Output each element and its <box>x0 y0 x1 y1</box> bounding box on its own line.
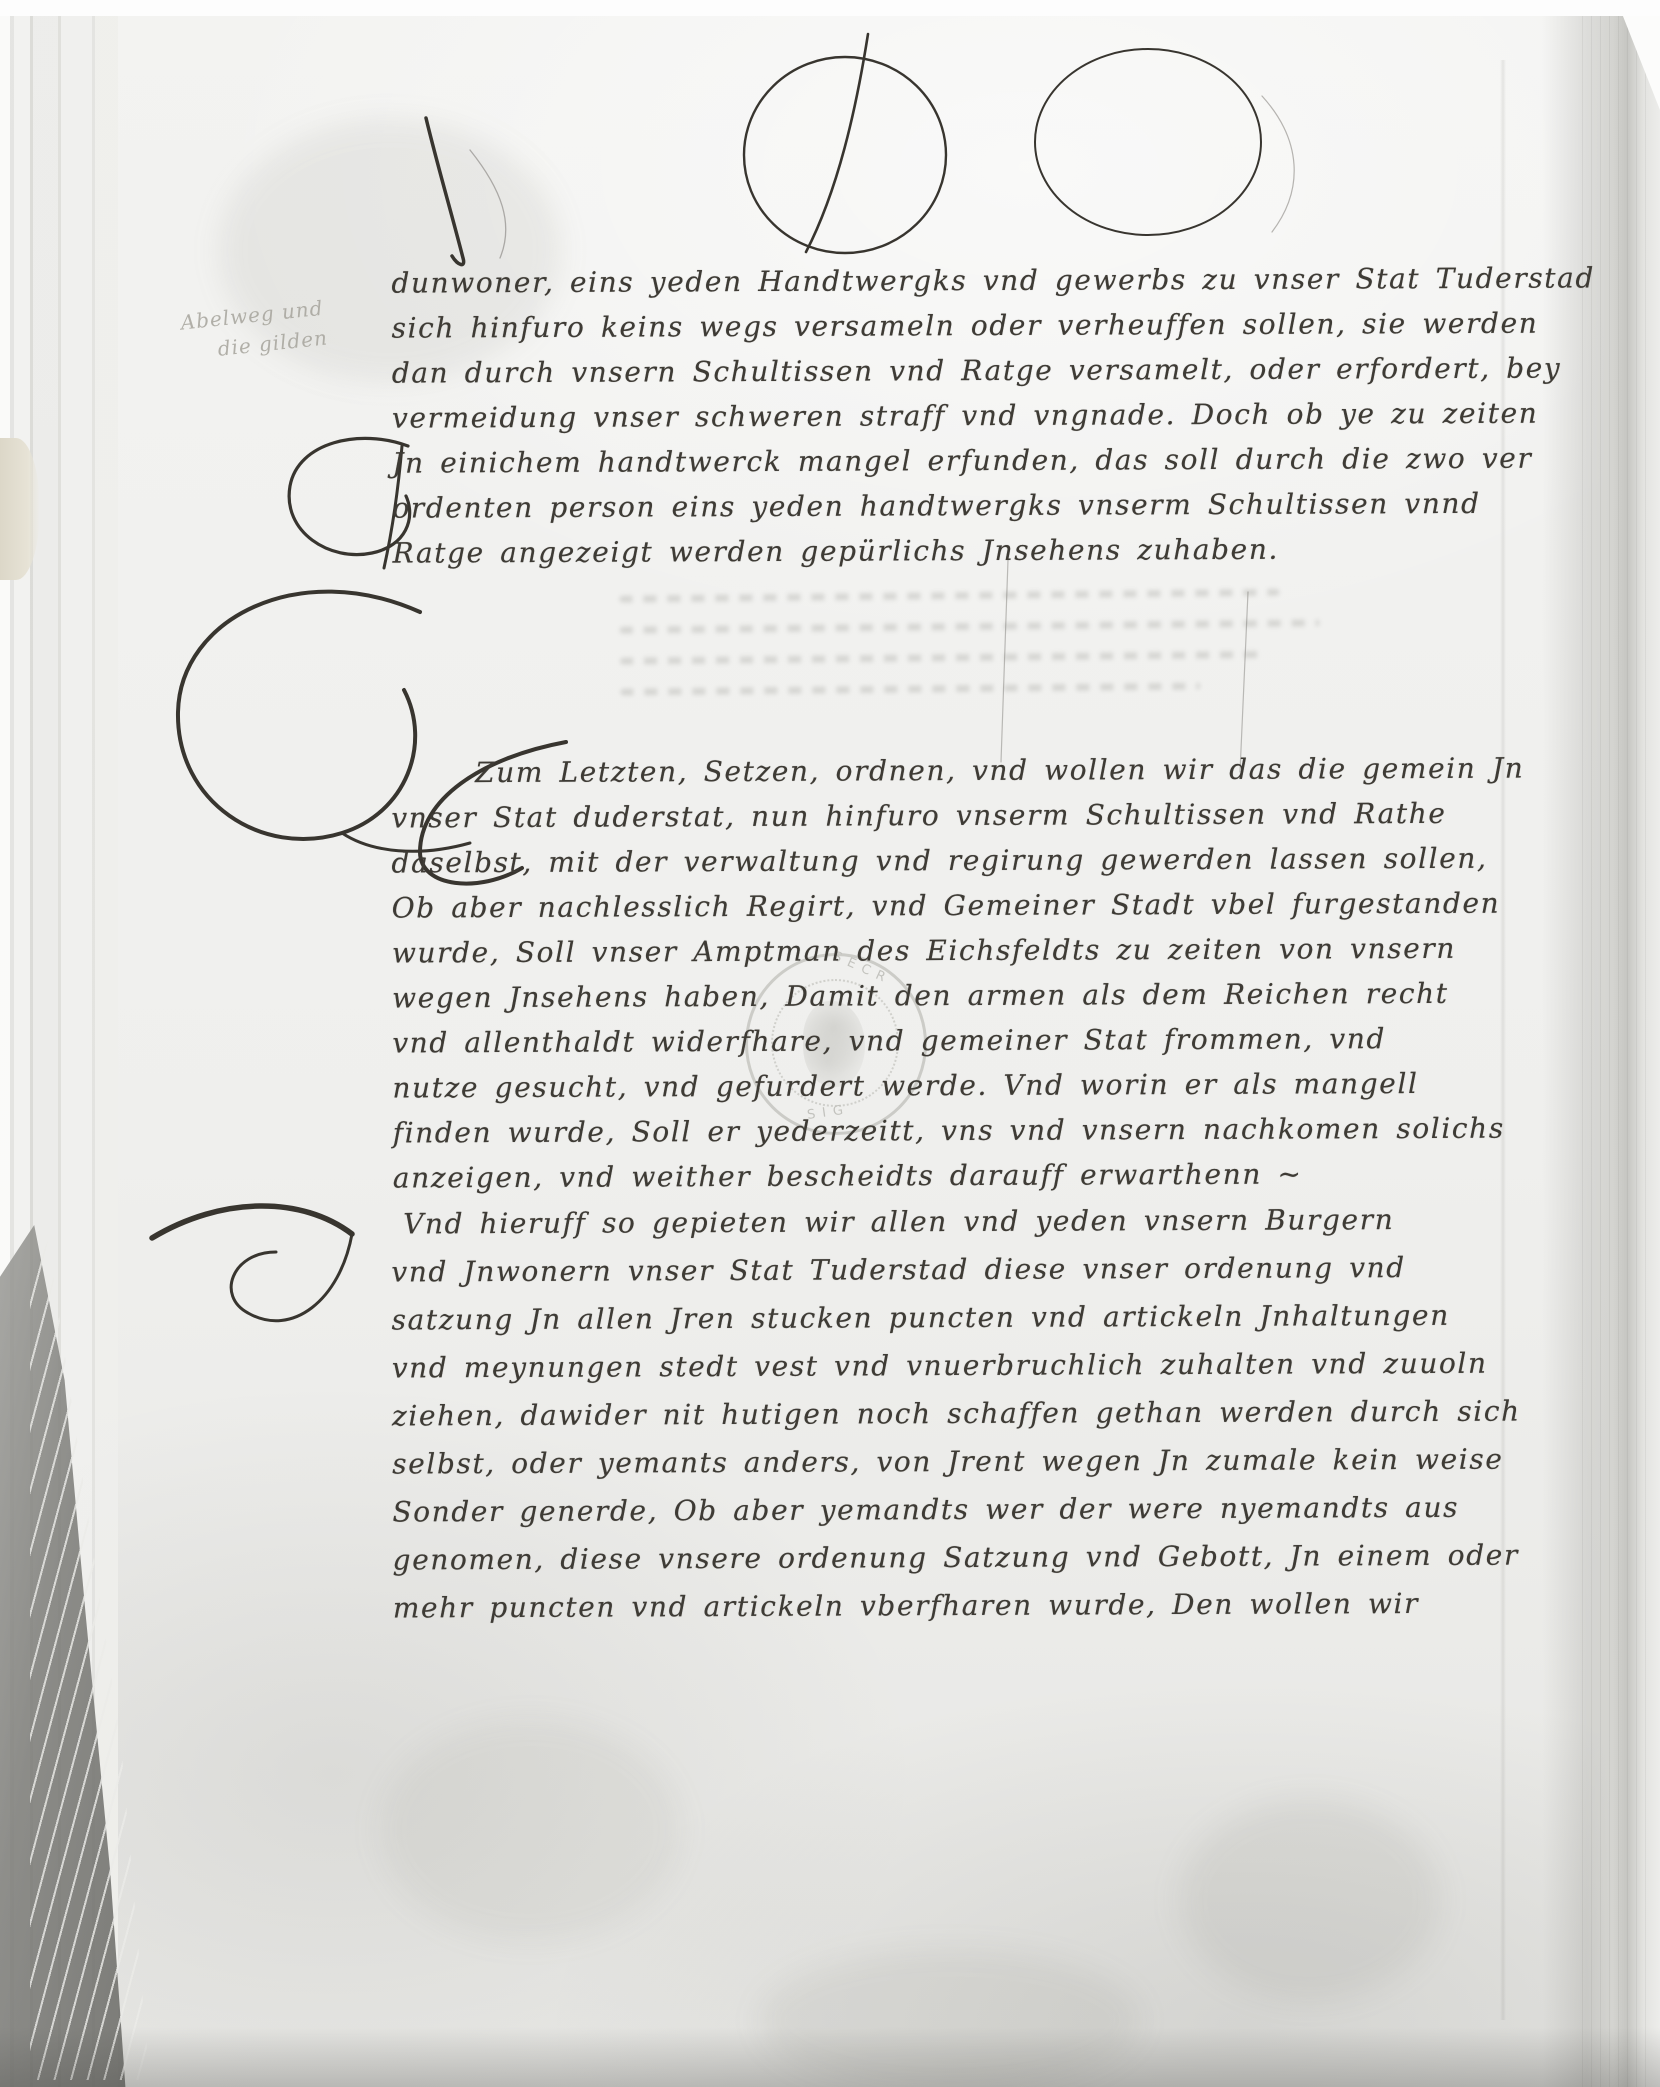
paragraph-3: Vnd hieruff so gepieten wir allen vnd ye… <box>391 1196 1522 1633</box>
manuscript-line: genomen, diese vnsere ordenung Satzung v… <box>393 1532 1522 1585</box>
paragraph-1: dunwoner, eins yeden Handtwergks vnd gew… <box>391 255 1596 575</box>
manuscript-line: nutze gesucht, vnd gefurdert werde. Vnd … <box>392 1061 1525 1111</box>
paper-stain <box>380 1720 680 1940</box>
manuscript-line: Vnd hieruff so gepieten wir allen vnd ye… <box>391 1196 1520 1249</box>
manuscript-line: anzeigen, vnd weither bescheidts darauff… <box>393 1151 1526 1201</box>
paper-stain <box>1180 1800 1440 2000</box>
manuscript-line: mehr puncten vnd artickeln vberfharen wu… <box>393 1580 1522 1633</box>
manuscript-line: selbst, oder yemants anders, von Jrent w… <box>392 1436 1521 1489</box>
manuscript-line: wurde, Soll vnser Amptman des Eichsfeldt… <box>392 926 1525 976</box>
manuscript-line: vnd allenthaldt widerfhare, vnd gemeiner… <box>392 1016 1525 1066</box>
manuscript-line: vnd meynungen stedt vest vnd vnuerbruchl… <box>392 1340 1521 1393</box>
large-oval-flourish-2 <box>1035 49 1261 235</box>
descender-stroke <box>806 34 868 252</box>
manuscript-scan-page: Abelweg und die gilden dunwoner, eins ye… <box>0 0 1660 2087</box>
manuscript-line: finden wurde, Soll er yederzeitt, vns vn… <box>393 1106 1526 1156</box>
manuscript-line: Zum Letzten, Setzen, ordnen, vnd wollen … <box>391 746 1524 796</box>
bleed-through-text <box>619 588 1320 719</box>
manuscript-line: vnd Jnwonern vnser Stat Tuderstad diese … <box>391 1244 1520 1297</box>
paragraph-2: Zum Letzten, Setzen, ordnen, vnd wollen … <box>391 746 1526 1201</box>
manuscript-line: Sonder generde, Ob aber yemandts wer der… <box>392 1484 1521 1537</box>
manuscript-line: sich hinfuro keins wegs versameln oder v… <box>392 300 1596 350</box>
manuscript-line: dan durch vnsern Schultissen vnd Ratge v… <box>392 345 1596 395</box>
large-oval-flourish-1 <box>744 57 946 253</box>
manuscript-line: vermeidung vnser schweren straff vnd vng… <box>392 390 1596 440</box>
scanner-top-edge <box>0 0 1660 16</box>
initial-v-swash <box>152 1206 352 1238</box>
manuscript-line: vnser Stat duderstat, nun hinfuro vnserm… <box>391 791 1524 841</box>
manuscript-line: daselbst, mit der verwaltung vnd regirun… <box>391 836 1524 886</box>
paper-stain <box>760 1950 1140 2087</box>
manuscript-line: dunwoner, eins yeden Handtwergks vnd gew… <box>391 255 1595 305</box>
initial-v-loop <box>231 1234 352 1321</box>
manuscript-line: Jn einichem handtwerck mangel erfunden, … <box>392 435 1596 485</box>
manuscript-line: Ratge angezeigt werden gepürlichs Jnsehe… <box>392 525 1596 575</box>
faint-arc-flourish <box>1262 96 1294 232</box>
manuscript-line: ordenten person eins yeden handtwergks v… <box>392 480 1596 530</box>
manuscript-line: wegen Jnsehens haben, Damit den armen al… <box>392 971 1525 1021</box>
manuscript-line: ziehen, dawider nit hutigen noch schaffe… <box>392 1388 1521 1441</box>
manuscript-line: Ob aber nachlesslich Regirt, vnd Gemeine… <box>392 881 1525 931</box>
initial-z-grand-loop <box>178 592 420 839</box>
manuscript-line: satzung Jn allen Jren stucken puncten vn… <box>391 1292 1520 1345</box>
